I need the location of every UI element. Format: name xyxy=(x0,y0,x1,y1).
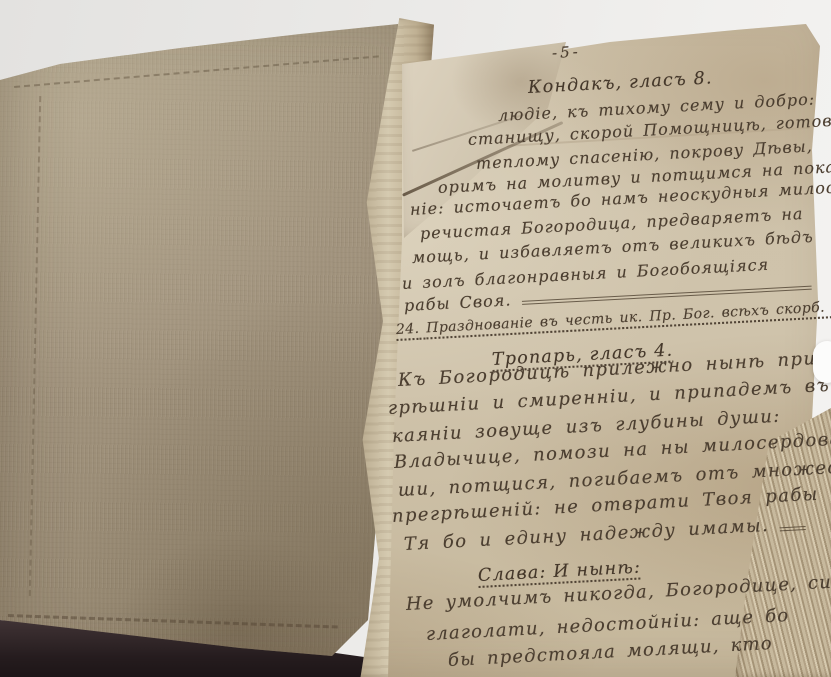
cover-stitched-hem-top xyxy=(14,55,379,88)
kondak-line-9-text: рабы Своя. xyxy=(404,290,512,315)
cover-stitched-hem-bottom xyxy=(8,614,338,629)
kondak-heading: Кондакъ, гласъ 8. xyxy=(527,68,713,98)
handwritten-text-block: -5- Кондакъ, гласъ 8. людіе, къ тихому с… xyxy=(398,36,828,677)
page-number: -5- xyxy=(552,43,582,62)
carousel-next-button[interactable] xyxy=(813,341,831,383)
entry-number: 24. xyxy=(396,321,420,338)
open-manuscript-book-photo: -5- Кондакъ, гласъ 8. людіе, къ тихому с… xyxy=(0,0,831,677)
cloth-book-cover xyxy=(0,0,436,677)
cover-stitched-hem-left xyxy=(29,96,41,596)
flourish-underline-2 xyxy=(779,513,806,531)
slava-heading: Слава: И нынѣ: xyxy=(477,557,641,586)
